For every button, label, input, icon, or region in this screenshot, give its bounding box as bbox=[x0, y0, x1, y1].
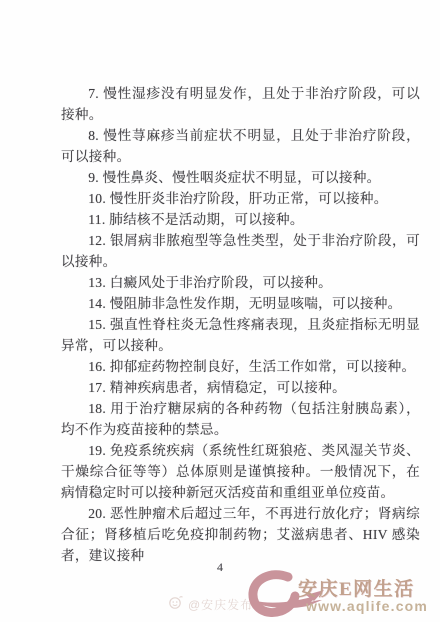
document-text-block: 7. 慢性湿疹没有明显发作，且处于非治疗阶段，可以接种。 8. 慢性荨麻疹当前症… bbox=[61, 83, 420, 566]
publisher-watermark-label: @安庆发布 bbox=[188, 596, 253, 613]
paragraph-item-16: 16. 抑郁症药物控制良好，生活工作如常，可以接种。 bbox=[61, 356, 420, 377]
paragraph-item-17: 17. 精神疾病患者，病情稳定，可以接种。 bbox=[61, 377, 420, 398]
paragraph-item-11: 11. 肺结核不是活动期，可以接种。 bbox=[61, 209, 420, 230]
aqlife-watermark: 安庆E网生活 www.aqlife.com bbox=[250, 560, 440, 622]
paragraph-item-14: 14. 慢阻肺非急性发作期，无明显咳喘，可以接种。 bbox=[61, 293, 420, 314]
document-page: 7. 慢性湿疹没有明显发作，且处于非治疗阶段，可以接种。 8. 慢性荨麻疹当前症… bbox=[0, 0, 440, 622]
paragraph-item-9: 9. 慢性鼻炎、慢性咽炎症状不明显，可以接种。 bbox=[61, 167, 420, 188]
paragraph-item-10: 10. 慢性肝炎非治疗阶段，肝功正常，可以接种。 bbox=[61, 188, 420, 209]
paragraph-item-20: 20. 恶性肿瘤术后超过三年，不再进行放化疗；肾病综合征；肾移植后吃免疫抑制药物… bbox=[61, 503, 420, 566]
paragraph-item-13: 13. 白癜风处于非治疗阶段，可以接种。 bbox=[61, 272, 420, 293]
paragraph-item-7: 7. 慢性湿疹没有明显发作，且处于非治疗阶段，可以接种。 bbox=[61, 83, 420, 125]
paragraph-item-12: 12. 银屑病非脓疱型等急性类型，处于非治疗阶段，可以接种。 bbox=[61, 230, 420, 272]
weibo-smiley-icon bbox=[168, 594, 184, 615]
paragraph-item-18: 18. 用于治疗糖尿病的各种药物（包括注射胰岛素），均不作为疫苗接种的禁忌。 bbox=[61, 398, 420, 440]
paragraph-item-15: 15. 强直性脊柱炎无急性疼痛表现，且炎症指标无明显异常，可以接种。 bbox=[61, 314, 420, 356]
aqlife-brand-text: 安庆E网生活 bbox=[298, 574, 415, 601]
paragraph-item-8: 8. 慢性荨麻疹当前症状不明显，且处于非治疗阶段，可以接种。 bbox=[61, 125, 420, 167]
aqlife-url-text: www.aqlife.com bbox=[306, 598, 428, 614]
publisher-watermark: @安庆发布 bbox=[168, 594, 253, 615]
paragraph-item-19: 19. 免疫系统疾病（系统性红斑狼疮、类风湿关节炎、干燥综合征等等）总体原则是谨… bbox=[61, 440, 420, 503]
